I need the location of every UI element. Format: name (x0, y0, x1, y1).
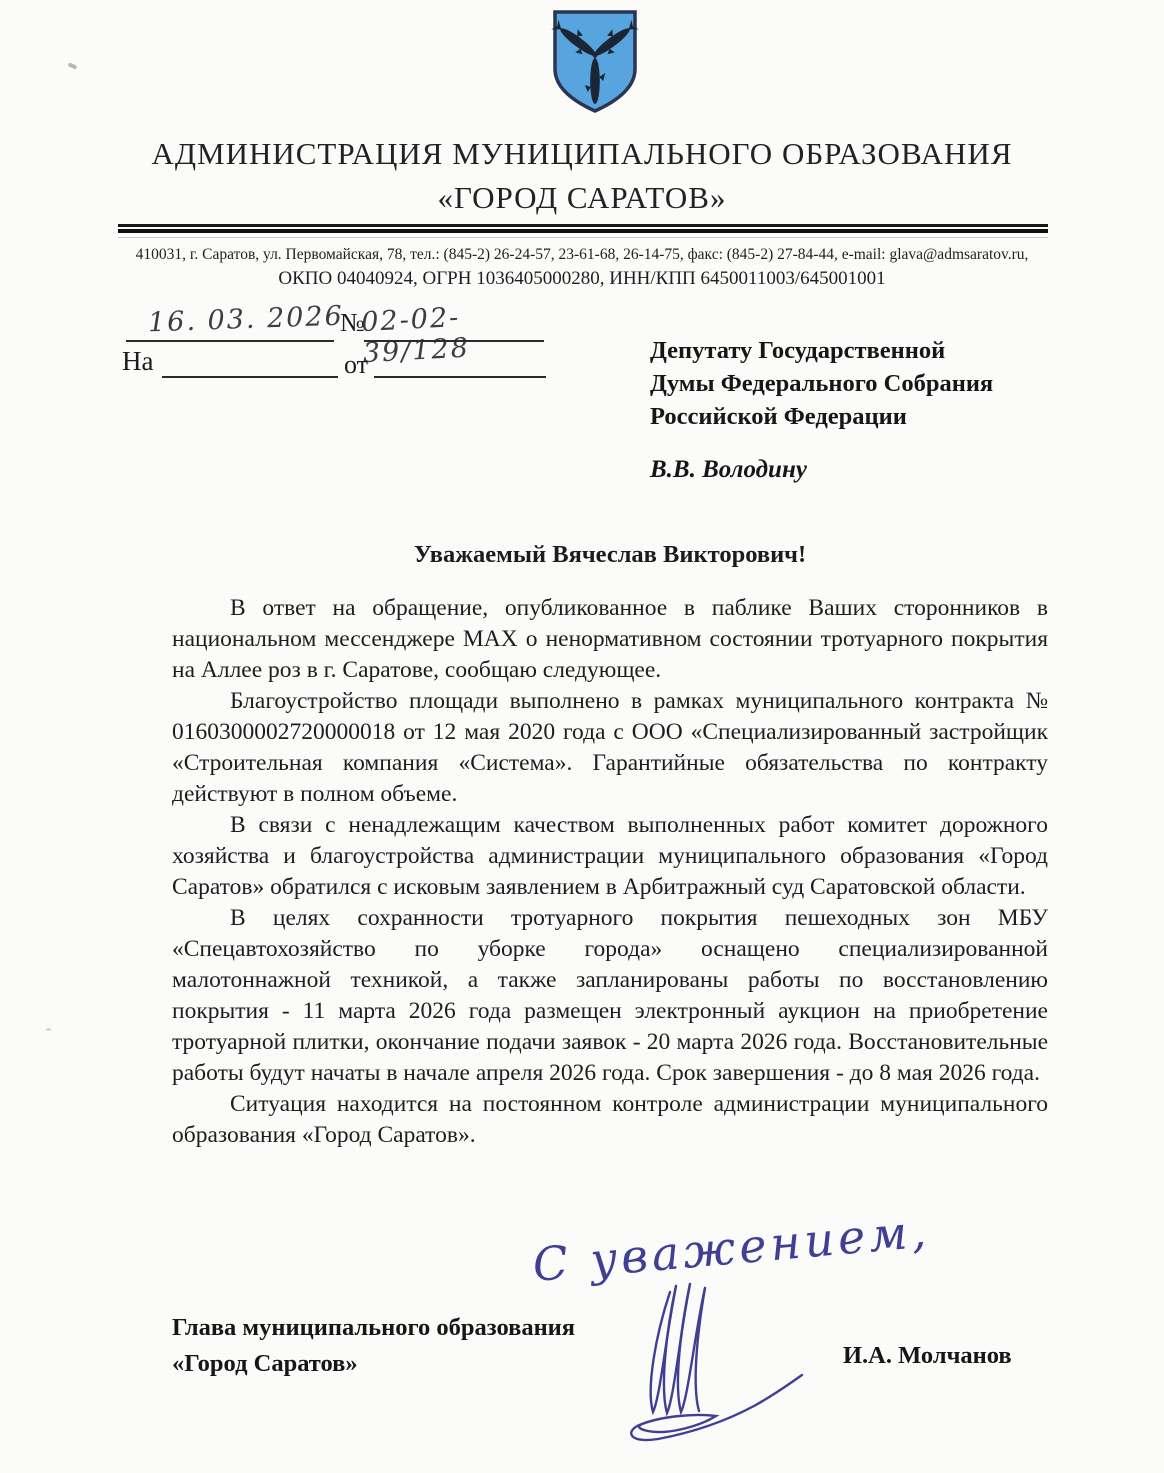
salutation: Уважаемый Вячеслав Викторович! (172, 541, 1048, 569)
recipient-line1: Депутату Государственной (650, 334, 1070, 367)
paragraph-2: Благоустройство площади выполнено в рамк… (172, 686, 1048, 810)
recipient-name: В.В. Володину (650, 456, 807, 484)
handwritten-number: 02-02-39/128 (361, 297, 560, 369)
signature-ink (612, 1272, 862, 1447)
header-divider (118, 224, 1048, 238)
paragraph-1: В ответ на обращение, опубликованное в п… (172, 593, 1048, 686)
org-title-line1: АДМИНИСТРАЦИЯ МУНИЦИПАЛЬНОГО ОБРАЗОВАНИЯ (0, 132, 1164, 176)
letter-body: Уважаемый Вячеслав Викторович! В ответ н… (172, 541, 1048, 1151)
date-underline (126, 340, 334, 342)
handwritten-date: 16. 03. 2026 (148, 301, 345, 339)
org-title: АДМИНИСТРАЦИЯ МУНИЦИПАЛЬНОГО ОБРАЗОВАНИЯ… (0, 132, 1164, 220)
reply-from-underline (374, 376, 546, 378)
scan-artifact (46, 1028, 51, 1031)
contact-line2: ОКПО 04040924, ОГРН 1036405000280, ИНН/К… (0, 268, 1164, 290)
reply-to-underline (162, 376, 338, 378)
org-title-line2: «ГОРОД САРАТОВ» (0, 176, 1164, 220)
signer-name: И.А. Молчанов (843, 1342, 1012, 1370)
saratov-coat-of-arms-icon (549, 9, 641, 115)
paragraph-4: В целях сохранности тротуарного покрытия… (172, 903, 1048, 1089)
signer-position-line2: «Город Саратов» (172, 1346, 575, 1382)
paragraph-3: В связи с ненадлежащим качеством выполне… (172, 810, 1048, 903)
number-underline (364, 340, 544, 342)
contact-line1: 410031, г. Саратов, ул. Первомайская, 78… (0, 246, 1164, 264)
letter-page: АДМИНИСТРАЦИЯ МУНИЦИПАЛЬНОГО ОБРАЗОВАНИЯ… (0, 0, 1164, 1473)
reply-to-label: На (122, 346, 153, 377)
signer-position: Глава муниципального образования «Город … (172, 1310, 575, 1382)
reply-from-label: от (344, 350, 368, 380)
paragraph-5: Ситуация находится на постоянном контрол… (172, 1089, 1048, 1151)
recipient-line2: Думы Федерального Собрания (650, 367, 1070, 400)
signer-position-line1: Глава муниципального образования (172, 1310, 575, 1346)
scan-artifact (68, 62, 78, 69)
recipient-block: Депутату Государственной Думы Федерально… (650, 334, 1070, 433)
recipient-line3: Российской Федерации (650, 400, 1070, 433)
